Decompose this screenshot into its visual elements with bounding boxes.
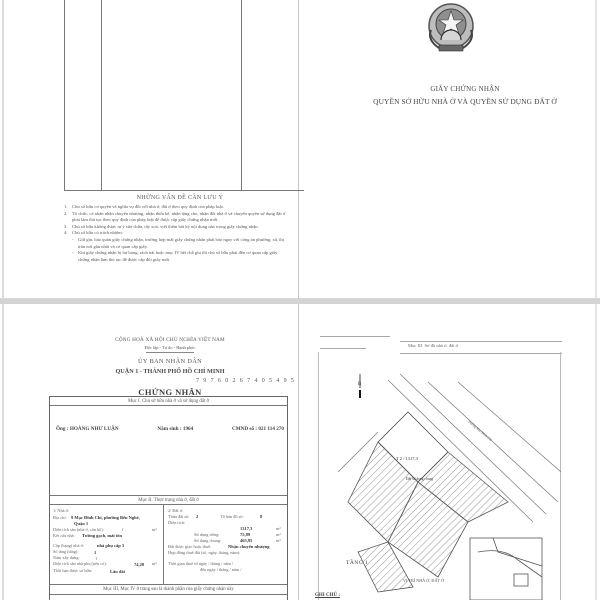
north-arrow-icon: B	[358, 374, 362, 398]
parcel-label: Thửa đất số:	[168, 514, 189, 519]
issuing-district: QUẬN 1 - THÀNH PHỐ HỒ CHÍ MINH	[50, 368, 290, 375]
national-emblem-icon	[421, 0, 481, 56]
page-fold	[298, 304, 299, 600]
cover-title: GIẤY CHỨNG NHẬN	[330, 85, 600, 93]
grade-label: Cấp (hạng) nhà ở:	[53, 543, 84, 548]
floor-area-value: /	[122, 527, 123, 532]
certificate-cover-page: NHỮNG VẤN ĐỀ CẦN LƯU Ý 1.Chủ sở hữu có q…	[0, 0, 600, 299]
svg-text:B: B	[358, 382, 362, 387]
nation-motto: Độc lập - Tự do - Hạnh phúc	[50, 345, 290, 350]
term-value: Lâu dài	[110, 569, 125, 574]
land-source-label: Đất được giao hoặc thuê:	[168, 544, 211, 549]
term-label: Thời hạn được sở hữu:	[53, 568, 92, 573]
section2-divider	[163, 505, 164, 584]
location-inset	[470, 538, 542, 600]
header-rule	[400, 341, 562, 342]
private-use-value: 75,89	[240, 532, 250, 537]
notes-list: 1.Chủ sở hữu có quyền và nghĩa vụ đối vớ…	[64, 204, 286, 263]
owner-row: Ông : HOÀNG NHƯ LUẬN Năm sinh : 1964 CMN…	[56, 426, 284, 432]
area-label: Diện tích:	[168, 520, 185, 525]
house-heading: 1/ Nhà ở:	[53, 508, 69, 513]
year-built-label: Năm xây dựng:	[53, 555, 80, 560]
page-edge	[595, 0, 597, 298]
annex-area-label: Diện tích sàn nhà phụ (nếu có):	[53, 561, 107, 566]
page-edge	[2, 304, 4, 600]
storeys-label: Số tầng (tầng):	[53, 549, 79, 554]
issuing-committee: ỦY BAN NHÂN DÂN	[50, 358, 290, 365]
storeys-value: 1	[94, 550, 96, 555]
table-column-rule	[241, 0, 242, 190]
lease-to: đến ngày / tháng / năm /	[200, 567, 242, 572]
endorsement-table	[64, 0, 304, 191]
section1-title: Mục I. Chủ sở hữu nhà ở và sử dụng đất ở	[50, 397, 287, 406]
map-sheet-value: 8	[260, 514, 262, 519]
note-subitem: -Khi giấy chứng nhận bị hư hỏng, rách ná…	[64, 250, 286, 263]
private-use-label: Sử dụng riêng:	[194, 532, 219, 537]
nation-header: CỘNG HOÀ XÃ HỘI CHỦ NGHĨA VIỆT NAM	[50, 337, 290, 343]
table-column-rule	[101, 0, 102, 190]
location-label: VỊ TRÍ NHÀ Ở, ĐẤT Ở	[403, 578, 444, 583]
remark-label: GHI CHÚ :	[315, 593, 340, 598]
owner-birth-year: Năm sinh : 1964	[157, 426, 193, 432]
owner-name: Ông : HOÀNG NHƯ LUẬN	[56, 426, 119, 432]
area-value: 1317,3	[240, 526, 252, 531]
cover-subtitle: QUYỀN SỞ HỮU NHÀ Ở VÀ QUYỀN SỬ DỤNG ĐẤT …	[330, 97, 600, 106]
svg-text:Đường Mạc Đĩnh Chi: Đường Mạc Đĩnh Chi	[467, 420, 492, 442]
private-use-unit: m²	[276, 532, 281, 537]
section2-body: 1/ Nhà ở: Địa chỉ: 9 Mạc Đĩnh Chi, phườn…	[50, 505, 287, 584]
area-unit: m²	[276, 526, 281, 531]
floor-label: TẦNG 1	[346, 560, 368, 566]
header-rule	[320, 348, 366, 349]
page-edge	[595, 304, 597, 600]
lease-contract-label: Hợp đồng thuê đất (số, ngày, tháng, năm)…	[168, 550, 240, 555]
address-value-2: Quận 1	[74, 521, 88, 526]
annex-area-value: 74,28	[134, 562, 144, 567]
parcel-value: 2	[196, 514, 198, 519]
svg-text:Đất sử dụng chung: Đất sử dụng chung	[406, 477, 433, 481]
header-rule	[320, 336, 390, 337]
owner-id-number: CMND số : 021 114 270	[232, 426, 284, 432]
page-edge	[2, 0, 4, 298]
diagram-title: Mục III. Sơ đồ nhà ở, đất ở	[408, 343, 458, 348]
section3-note: Mục III, Mục IV ở trang sau là thành phầ…	[50, 584, 287, 595]
structure-value: Tường gạch, mái tôn	[82, 533, 122, 538]
map-sheet-label: Tờ bản đồ số:	[220, 514, 244, 519]
section2-title: Mục II. Thực trạng nhà ở, đất ở	[50, 495, 287, 505]
motto-underline	[146, 352, 194, 353]
note-item: 1.Chủ sở hữu có quyền và nghĩa vụ đối vớ…	[64, 204, 286, 211]
shared-use-unit: m²	[276, 538, 281, 543]
note-item: 3.Chủ sở hữu không được tự ý sửa chữa, t…	[64, 224, 286, 231]
grade-value: nhà phụ cấp 3	[97, 543, 124, 548]
floor-area-unit: m²	[152, 527, 157, 532]
serial-number: 7 9 7 6 0 2 6 7 4 0 5 4 9 5	[196, 378, 295, 384]
floor-area-label: Diện tích sàn (nhà ở, căn hộ):	[53, 527, 104, 532]
lease-from: Thời gian thuê từ ngày / tháng / năm /	[168, 561, 233, 566]
note-subitem: -Giữ gìn, bảo quản giấy chứng nhận, trườ…	[64, 237, 286, 250]
certificate-body: Mục I. Chủ sở hữu nhà ở và sử dụng đất ở…	[49, 396, 288, 600]
structure-label: Kết cấu nhà:	[53, 533, 75, 538]
shared-use-value: 465,95	[240, 538, 252, 543]
address-value: 9 Mạc Đĩnh Chi, phường Bến Nghé,	[71, 515, 140, 520]
notes-title: NHỮNG VẤN ĐỀ CẦN LƯU Ý	[70, 195, 290, 201]
land-source-value: Nhận chuyển nhượng	[228, 544, 269, 549]
land-heading: 2/ Đất ở:	[168, 508, 183, 513]
shared-use-label: Sử dụng chung:	[194, 538, 221, 543]
address-label: Địa chỉ:	[53, 515, 67, 520]
note-item: 4.Chủ sở hữu có trách nhiệm:	[64, 230, 286, 237]
note-item: 2.Tổ chức, cá nhân nhận chuyển nhượng, n…	[64, 211, 286, 224]
annex-area-unit: m²	[152, 561, 157, 566]
